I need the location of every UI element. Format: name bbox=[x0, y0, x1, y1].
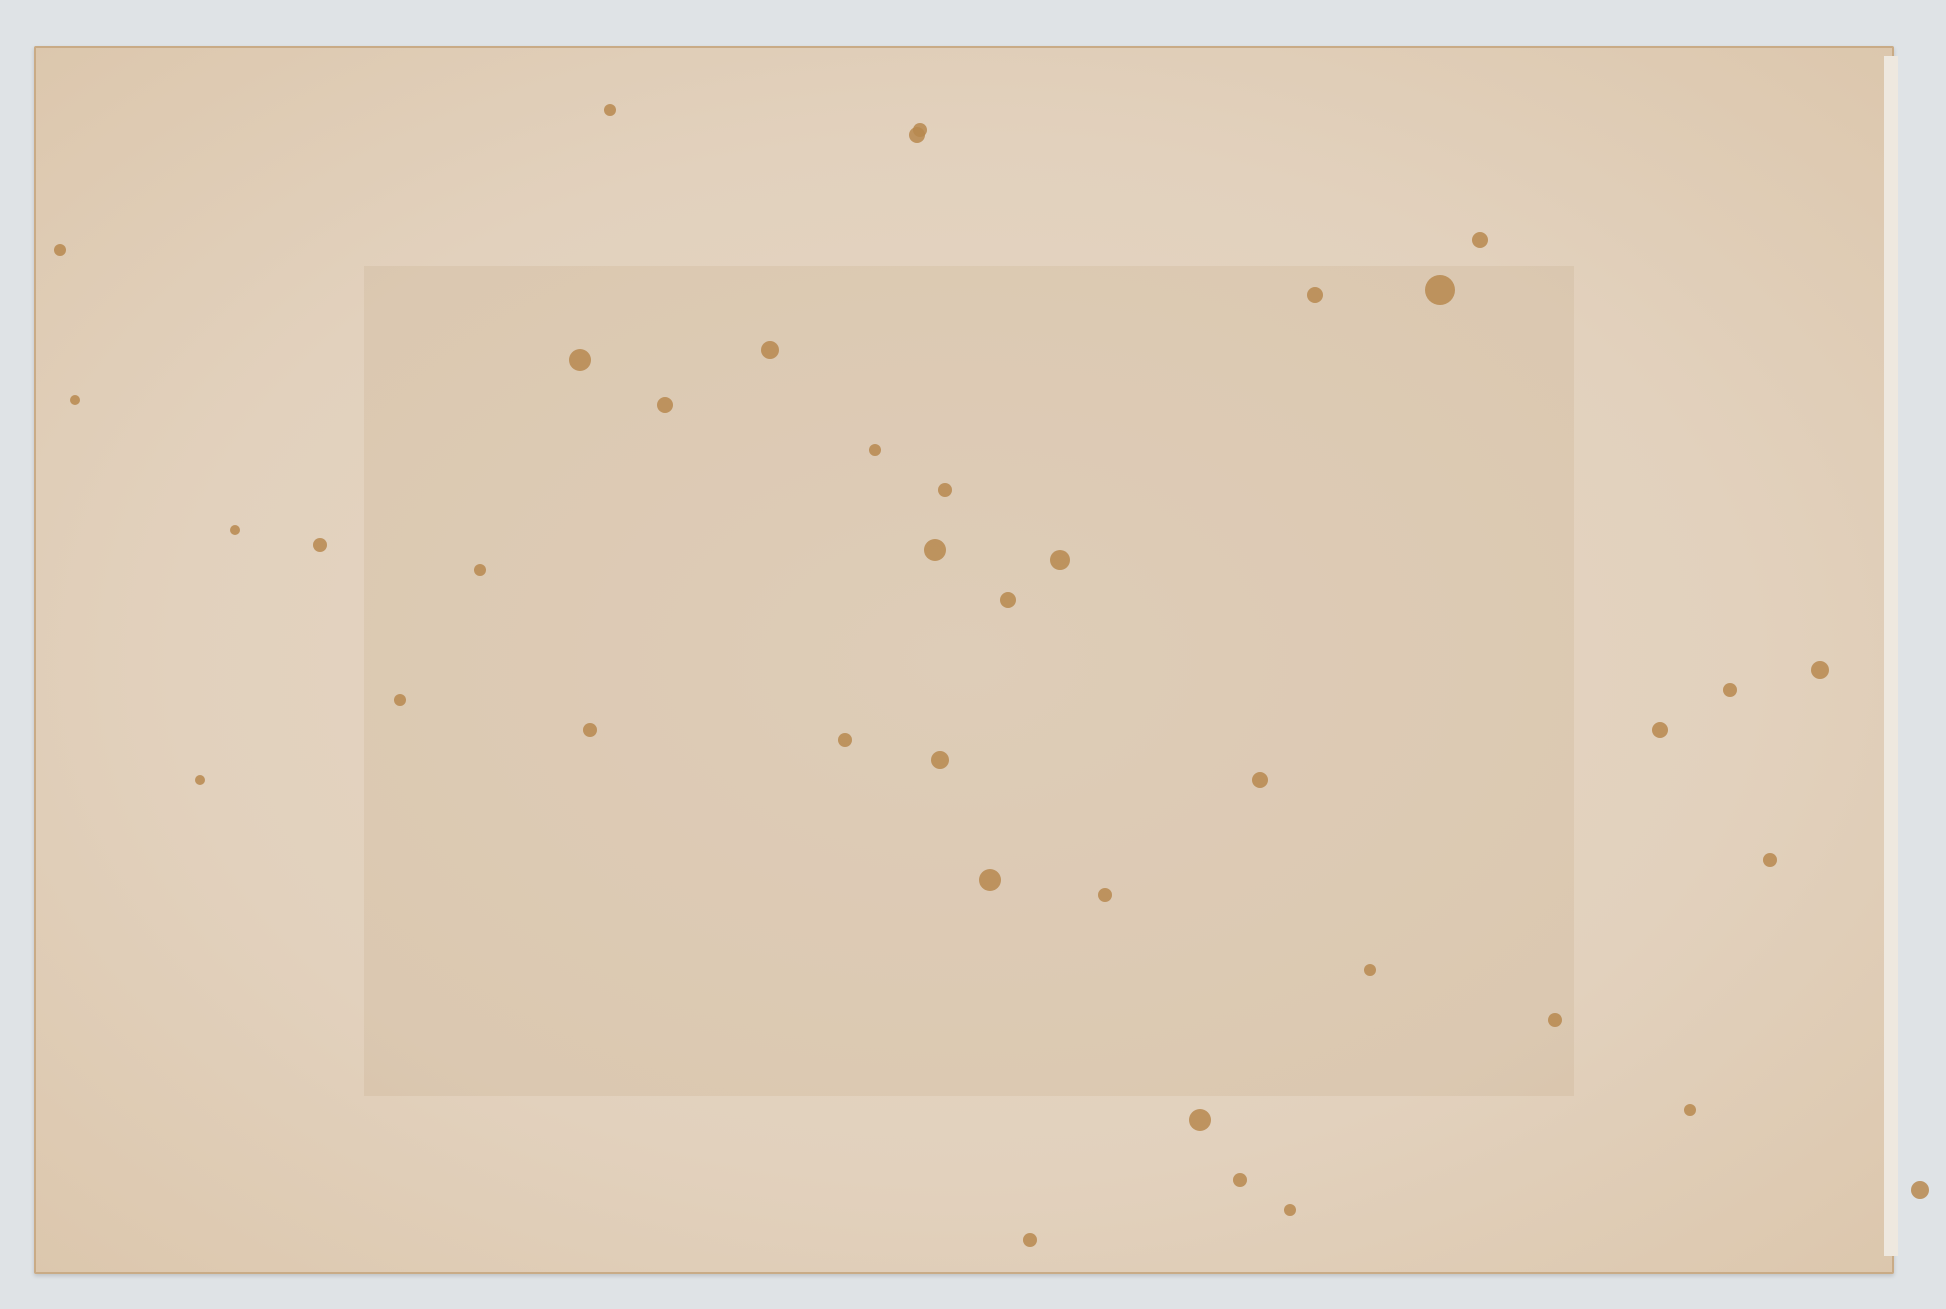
foxing-spot bbox=[1723, 683, 1737, 697]
foxing-spot bbox=[1233, 1173, 1247, 1187]
foxing-spot bbox=[1684, 1104, 1696, 1116]
foxing-spot bbox=[1811, 661, 1829, 679]
foxing-spot bbox=[909, 127, 925, 143]
foxing-spot bbox=[1652, 722, 1668, 738]
foxing-spot bbox=[1548, 1013, 1562, 1027]
foxing-spot bbox=[1472, 232, 1488, 248]
paper-sheet bbox=[34, 46, 1894, 1274]
foxing-spot bbox=[604, 104, 616, 116]
foxing-spot bbox=[1000, 592, 1016, 608]
foxing-spot bbox=[761, 341, 779, 359]
foxing-spot bbox=[1364, 964, 1376, 976]
foxing-spot bbox=[657, 397, 673, 413]
foxing-spot bbox=[838, 733, 852, 747]
deckle-edge bbox=[1884, 56, 1898, 1256]
foxing-spot bbox=[1189, 1109, 1211, 1131]
foxing-spot bbox=[924, 539, 946, 561]
foxing-spot bbox=[1023, 1233, 1037, 1247]
foxing-spot bbox=[195, 775, 205, 785]
foxing-spot bbox=[394, 694, 406, 706]
foxing-spot bbox=[1252, 772, 1268, 788]
foxing-spot bbox=[1050, 550, 1070, 570]
foxing-spot bbox=[230, 525, 240, 535]
foxing-spot bbox=[938, 483, 952, 497]
foxing-spot bbox=[979, 869, 1001, 891]
foxing-spot bbox=[313, 538, 327, 552]
foxing-spot bbox=[569, 349, 591, 371]
foxing-spot bbox=[1284, 1204, 1296, 1216]
foxing-spot bbox=[1763, 853, 1777, 867]
foxing-spot bbox=[1425, 275, 1455, 305]
foxing-spot bbox=[869, 444, 881, 456]
foxing-spot bbox=[54, 244, 66, 256]
foxing-spot bbox=[1098, 888, 1112, 902]
foxing-spot bbox=[583, 723, 597, 737]
foxing-spot bbox=[1911, 1181, 1929, 1199]
foxing-spot bbox=[1307, 287, 1323, 303]
foxing-spot bbox=[474, 564, 486, 576]
foxing-spot bbox=[70, 395, 80, 405]
show-through-plate bbox=[364, 266, 1574, 1096]
foxing-spot bbox=[931, 751, 949, 769]
